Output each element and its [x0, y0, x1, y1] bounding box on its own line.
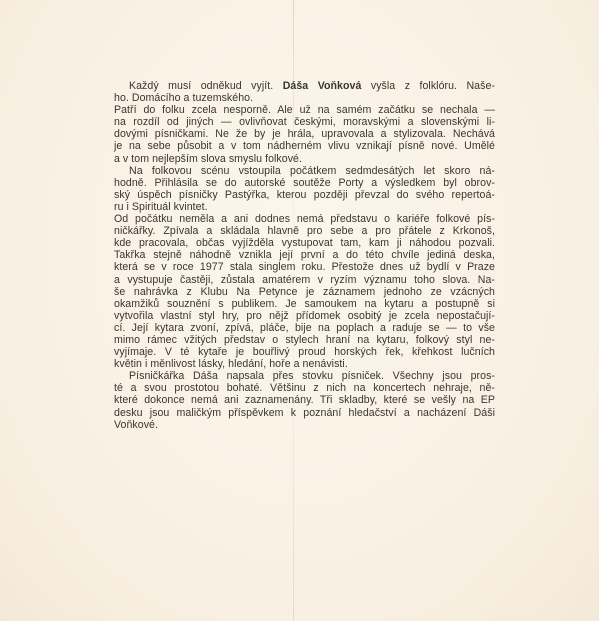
- text-line: a v tom nejlepším slova smyslu folkové.: [114, 153, 495, 165]
- text-line: kde pracovala, občas vyjížděla vystupova…: [114, 237, 495, 249]
- text-line: mimo rámec vžitých představ o stylech hr…: [114, 334, 495, 346]
- liner-notes-text: Každý musí odněkud vyjít. Dáša Voňková v…: [114, 80, 495, 431]
- text-line: cí. Její kytara zvoní, zpívá, pláče, bij…: [114, 322, 495, 334]
- text-line: ru i Spirituál kvintet.: [114, 201, 495, 213]
- text-line: še nahrávka z Klubu Na Petynce je záznam…: [114, 286, 495, 298]
- text-line: Na folkovou scénu vstoupila počátkem sed…: [114, 165, 495, 177]
- text-line: ho. Domácího a tuzemského.: [114, 92, 495, 104]
- text-line: Patří do folku zcela nesporně. Ale už na…: [114, 104, 495, 116]
- text-line: ský úspěch písničky Pastýřka, kterou poz…: [114, 189, 495, 201]
- text-line: hodně. Přihlásila se do autorské soutěže…: [114, 177, 495, 189]
- text-line: je na sebe působit a v tom nádherném vli…: [114, 140, 495, 152]
- text-line: Voňkové.: [114, 419, 495, 431]
- text-line: desku jsou maličkým příspěvkem k poznání…: [114, 407, 495, 419]
- artist-name: Dáša Voňková: [283, 80, 362, 92]
- text-line: která se v roce 1977 stala singlem roku.…: [114, 261, 495, 273]
- text-line: vytvořila vlastní styl hry, pro nějž pří…: [114, 310, 495, 322]
- text-line: ničkářky. Zpívala a skládala hlavně pro …: [114, 225, 495, 237]
- text-line: které dokonce nemá ani zaznamenány. Tři …: [114, 394, 495, 406]
- text-line: Takřka stejně náhodně vznikla její první…: [114, 249, 495, 261]
- text-line: vyjímaje. V té kytaře je bouřlivý proud …: [114, 346, 495, 358]
- text-line: květin i měnlivost lásky, hledání, hoře …: [114, 358, 495, 370]
- text-line: Každý musí odněkud vyjít. Dáša Voňková v…: [114, 80, 495, 92]
- text-line: a vystupuje častěji, zůstala amatérem v …: [114, 274, 495, 286]
- text-line: Písničkářka Dáša napsala přes stovku pís…: [114, 370, 495, 382]
- text-line: Od počátku neměla a ani dodnes nemá před…: [114, 213, 495, 225]
- text-line: okamžiků souznění s publikem. Je samouke…: [114, 298, 495, 310]
- text-line: té a svou prostotou bohaté. Většinu z ni…: [114, 382, 495, 394]
- text-line: dovými písničkami. Ne že by je hrála, up…: [114, 128, 495, 140]
- text-line: na rozdíl od jiných — ovlivňovat českými…: [114, 116, 495, 128]
